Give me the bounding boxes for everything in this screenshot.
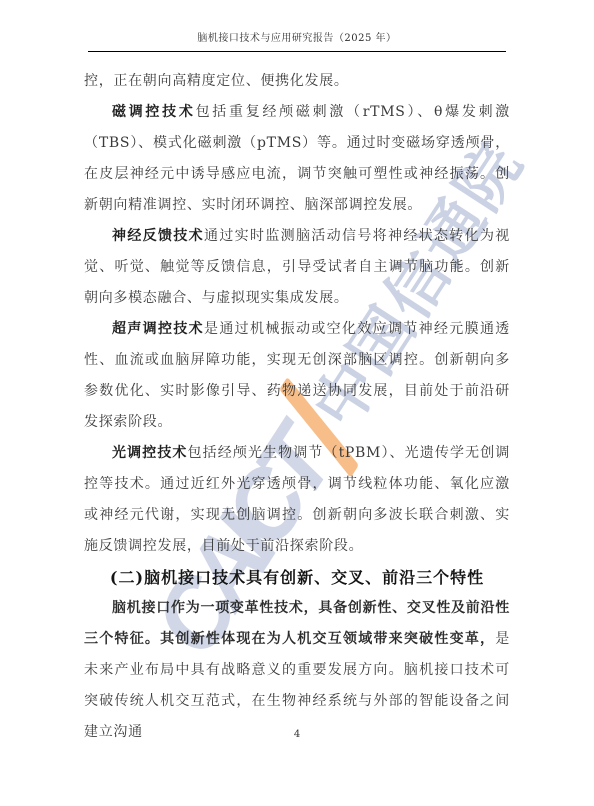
- document-page: CAICT 中国信通院 脑机接口技术与应用研究报告（2025 年） 控，正在朝向…: [0, 0, 594, 806]
- paragraph-body-text: 包括经颅光生物调节（tPBM）、光遗传学无创调控等技术。通过近红外光穿透颅骨，调…: [84, 445, 510, 554]
- page-header: 脑机接口技术与应用研究报告（2025 年）: [0, 0, 594, 52]
- paragraph-emphasis-text: 脑机接口作为一项变革性技术，具备创新性、交叉性及前沿性三个特征。其创新性体现在为…: [84, 600, 510, 647]
- report-title: 脑机接口技术与应用研究报告（2025 年）: [0, 33, 594, 45]
- paragraph-optical-modulation: 光调控技术包括经颅光生物调节（tPBM）、光遗传学无创调控等技术。通过近红外光穿…: [84, 438, 510, 562]
- paragraph-lead-term: 磁调控技术: [112, 104, 196, 120]
- paragraph-lead-term: 神经反馈技术: [112, 228, 204, 244]
- paragraph-magnetic-modulation: 磁调控技术包括重复经颅磁刺激（rTMS）、θ爆发刺激（TBS）、模式化磁刺激（p…: [84, 97, 510, 221]
- paragraph-ultrasound-modulation: 超声调控技术是通过机械振动或空化效应调节神经元膜通透性、血流或血脑屏障功能，实现…: [84, 314, 510, 438]
- section-heading: (二)脑机接口技术具有创新、交叉、前沿三个特性: [84, 562, 510, 593]
- paragraph-continuation: 控，正在朝向高精度定位、便携化发展。: [84, 66, 510, 97]
- paragraph-body-text: 是通过机械振动或空化效应调节神经元膜通透性、血流或血脑屏障功能，实现无创深部脑区…: [84, 321, 510, 430]
- paragraph-neurofeedback: 神经反馈技术通过实时监测脑活动信号将神经状态转化为视觉、听觉、触觉等反馈信息，引…: [84, 221, 510, 314]
- header-divider: [88, 51, 506, 52]
- paragraph-lead-term: 光调控技术: [112, 445, 188, 461]
- document-body: 控，正在朝向高精度定位、便携化发展。 磁调控技术包括重复经颅磁刺激（rTMS）、…: [0, 66, 594, 748]
- paragraph-body-text: 包括重复经颅磁刺激（rTMS）、θ爆发刺激（TBS）、模式化磁刺激（pTMS）等…: [84, 104, 510, 213]
- paragraph-lead-term: 超声调控技术: [112, 321, 204, 337]
- page-footer: 4: [0, 722, 594, 741]
- page-number: 4: [294, 729, 300, 740]
